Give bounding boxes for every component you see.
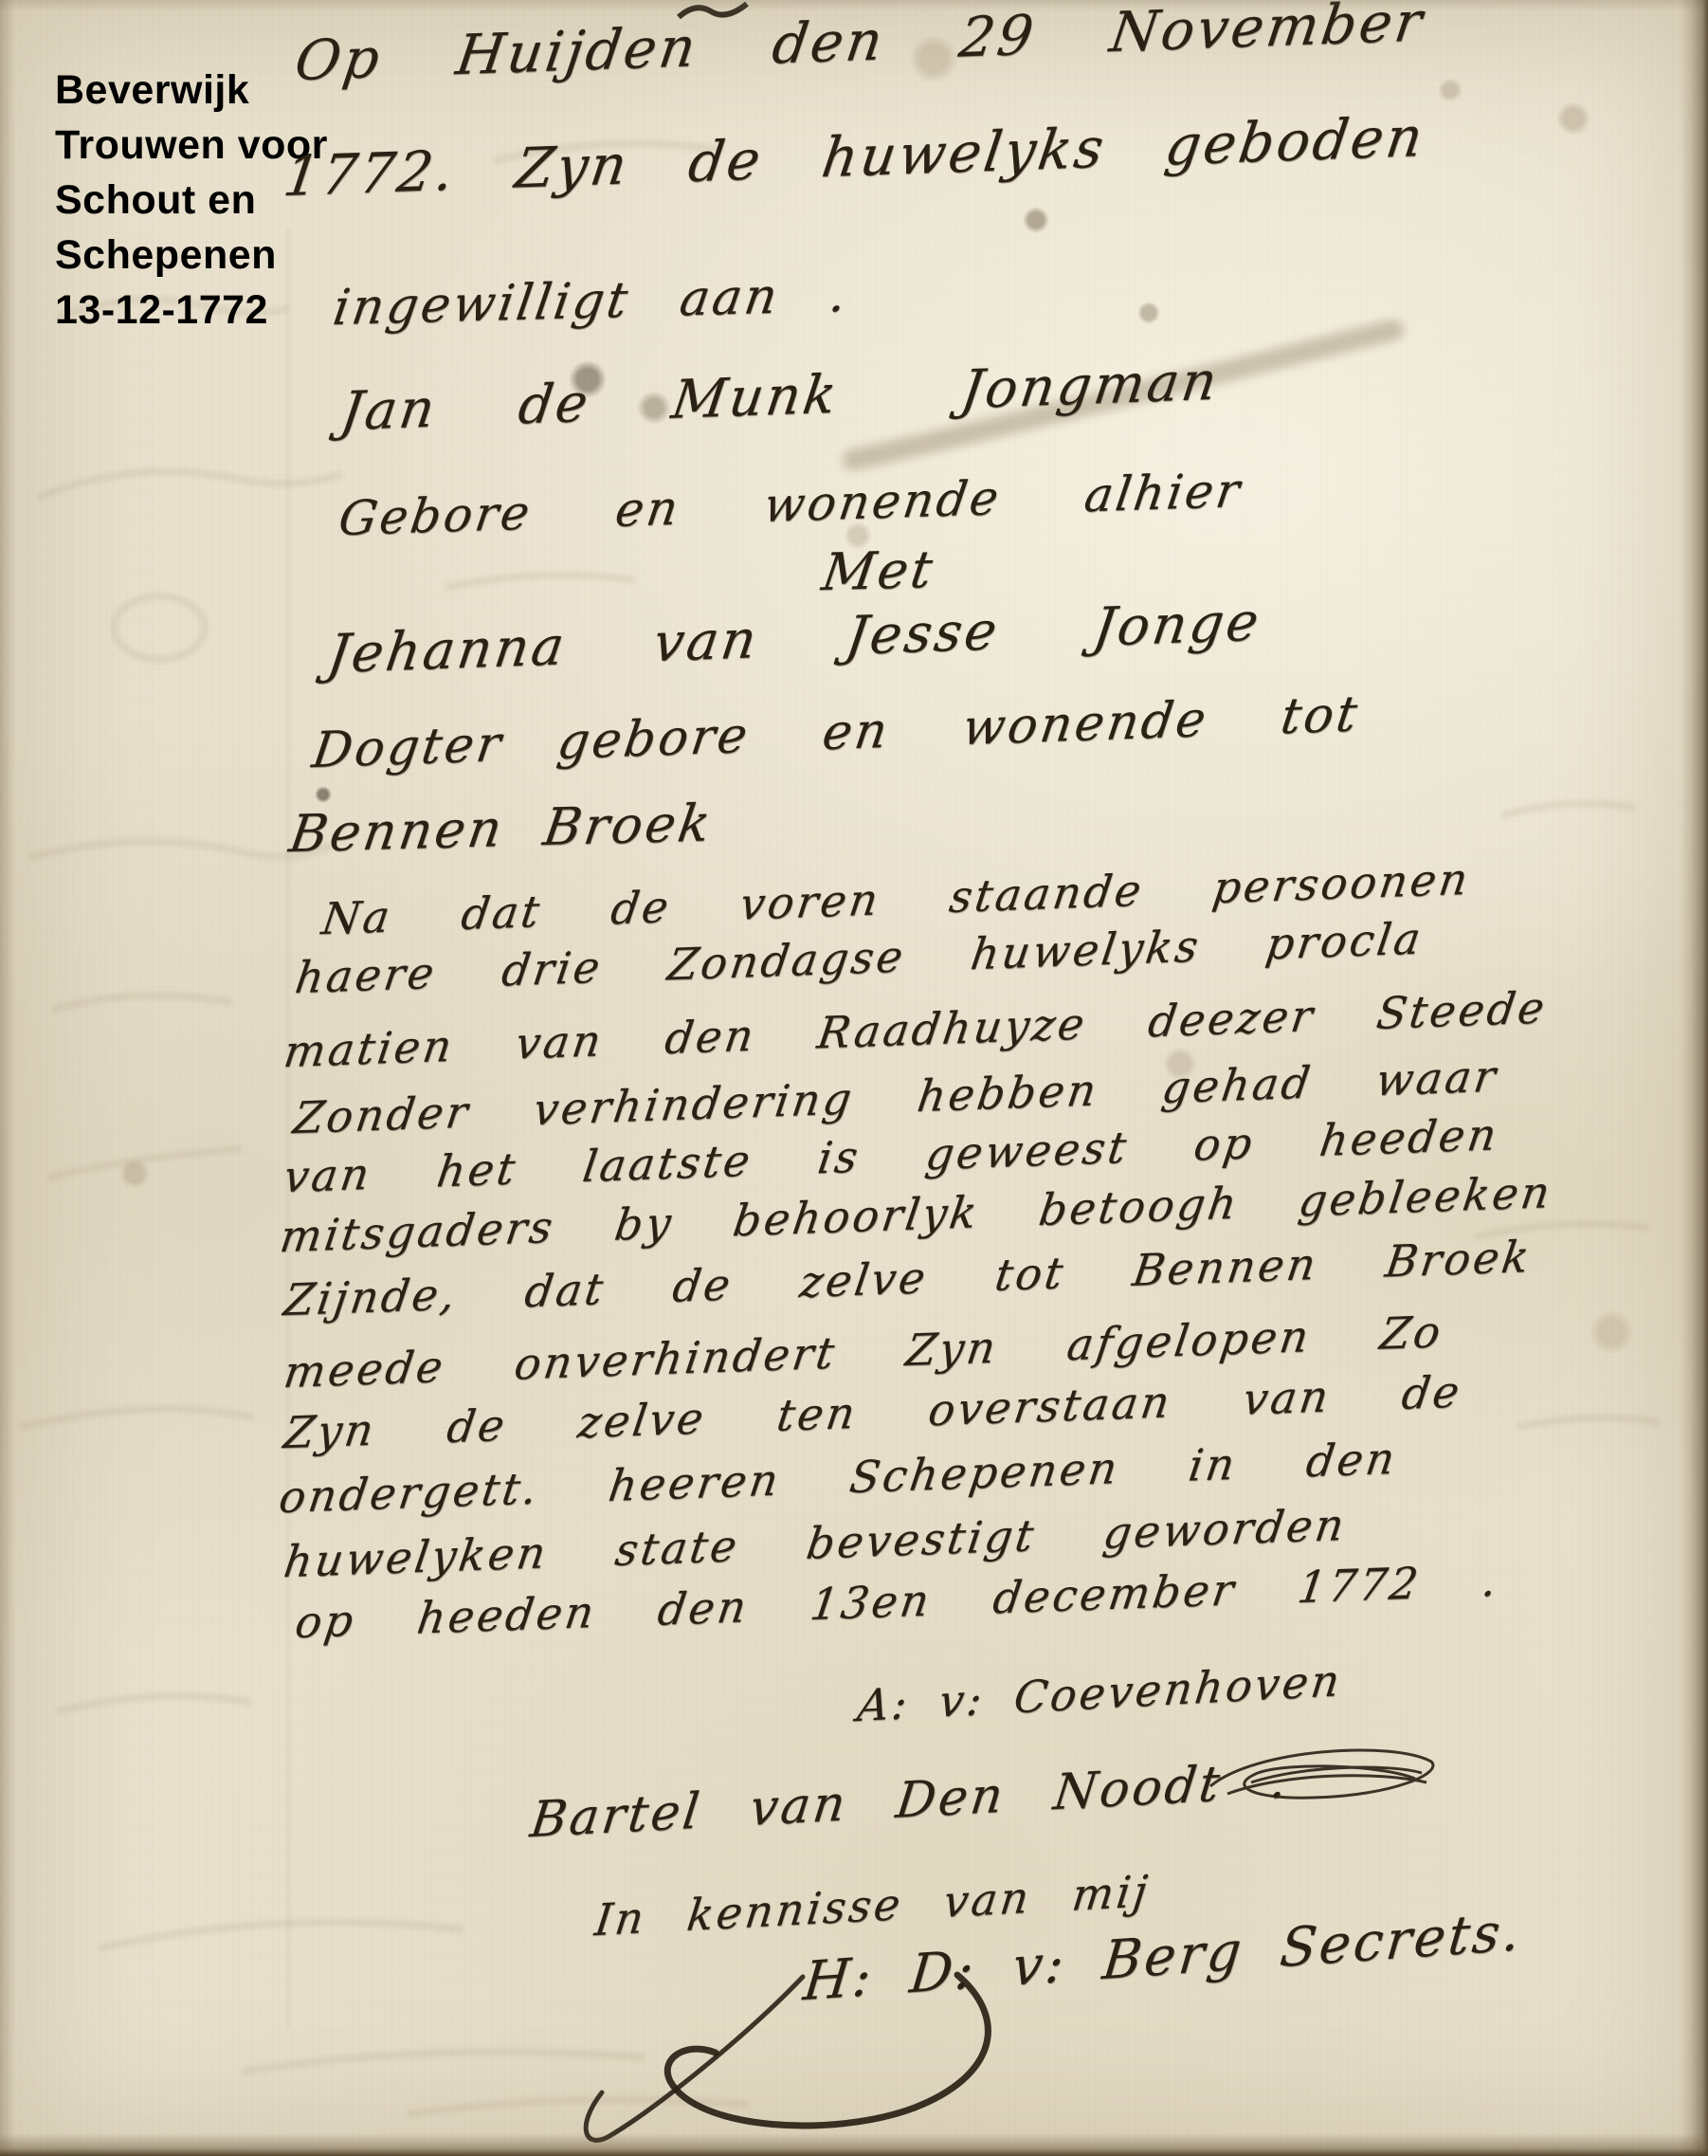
- paper-crease: [287, 228, 289, 2029]
- page-edge-left: [0, 0, 15, 2156]
- opening-line-2: 1772. Zyn de huwelyks geboden: [280, 104, 1429, 209]
- bride-name: Jehanna van Jesse: [323, 600, 1003, 685]
- parchment-page: Beverwijk Trouwen voor Schout en Schepen…: [0, 0, 1708, 2156]
- signature-noodt: Bartel van Den Noodt .: [527, 1752, 1292, 1849]
- caption-place: Beverwijk: [55, 63, 328, 118]
- signature-coevenhoven: A: v: Coevenhoven: [855, 1654, 1346, 1731]
- opening-line-1: Op Huijden den 29 November: [291, 0, 1428, 93]
- bride-status-continued: Dogter: [309, 716, 507, 779]
- opening-line-3: ingewilligt aan .: [329, 266, 852, 337]
- bride-place: Bennen Broek: [285, 793, 717, 864]
- bride-line-2: Dogter gebore en wonende tot: [309, 685, 1363, 779]
- groom-status: Jongman: [957, 350, 1224, 421]
- bride-origin: gebore en wonende tot: [554, 685, 1363, 771]
- groom-origin-line: Gebore en wonende alhier: [336, 463, 1246, 546]
- groom-line: Jan de Munk Jongman: [336, 350, 1223, 443]
- connector-met: Met: [818, 539, 938, 602]
- page-edge-right: [1680, 0, 1708, 2156]
- groom-name: Jan de Munk: [336, 364, 843, 444]
- page-edge-bottom: [0, 2133, 1708, 2156]
- bride-line: Jehanna van Jesse Jonge: [323, 591, 1264, 685]
- bride-status: Jonge: [1089, 591, 1264, 659]
